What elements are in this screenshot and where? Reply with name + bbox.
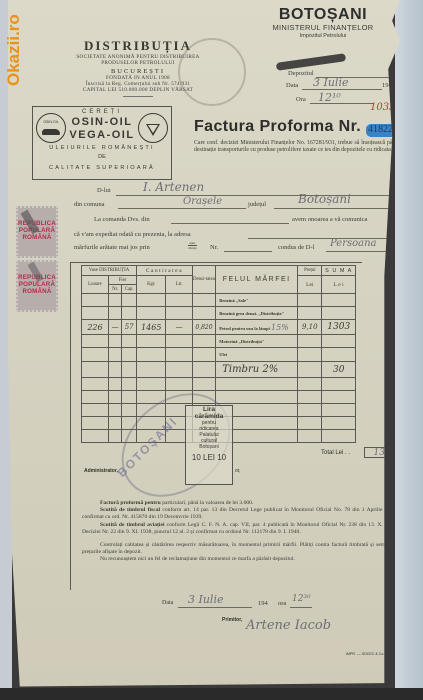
divider: [123, 96, 153, 97]
dlui-label: D-lui: [97, 187, 111, 194]
cell-suma-timbru: 30: [322, 362, 356, 378]
header-cantitatea: Cantitatea: [137, 266, 193, 276]
terms-p3: Scutită de timbrul aviației conform Legi…: [82, 522, 402, 536]
printer-credit: IMPR. — SOCEC & Co. S. A.: [346, 652, 393, 656]
cell-kgr: 1465: [137, 320, 166, 335]
cell-suma: 1303: [322, 320, 356, 335]
ministry-department: Impozitul Petrolului: [253, 33, 393, 39]
header-pretul-unit: Lei: [298, 276, 322, 294]
ad-brand-vega: VEGA-OIL: [33, 129, 171, 141]
ministry-header: BOTOȘANI MINISTERUL FINANȚELOR Impozitul…: [253, 6, 393, 39]
red-number: 1033: [370, 102, 395, 113]
primitor-signature: Artene Iacob: [246, 618, 331, 633]
expediat-text: că v'am expediat odată cu prezenta, la a…: [74, 231, 191, 238]
nr-line: [224, 251, 272, 252]
table-frame-left: [70, 262, 71, 590]
round-cancel-stamp: [178, 38, 246, 106]
ad-line-3: CALITATE SUPERIOARĂ: [33, 165, 171, 171]
depozitul-label: Depozitul: [288, 70, 314, 77]
fraction-bottom: căruța: [188, 246, 197, 250]
fee-line-1: Lira: [186, 406, 232, 413]
prin-fraction: auto căruța: [188, 241, 197, 250]
table-row: Timbru 2% 30: [82, 362, 356, 378]
header-suma-unit: L e i: [322, 276, 356, 294]
table-row: [82, 391, 356, 404]
total-label: Total Lei . .: [321, 450, 350, 456]
ad-line-2: DE: [33, 154, 171, 160]
product-handwritten: 15%: [271, 323, 289, 332]
product-label: Benzină „Sole": [216, 294, 298, 307]
dlui-value: I. Artenen: [143, 180, 204, 194]
table-row: 226 — 57 1465 — 0,820 Petrol pentru uzu …: [82, 320, 356, 335]
table-row: Ulei: [82, 348, 356, 362]
ministry-city: BOTOȘANI: [253, 6, 393, 24]
comuna-value: Orașele: [183, 196, 222, 207]
header-ltr: Ltr.: [166, 276, 192, 294]
table-row: Benzină „Sole": [82, 294, 356, 307]
terms-p5: Nu recunoaștem nici un fel de reclamațiu…: [82, 556, 402, 563]
header-suma: S U M A: [322, 266, 356, 276]
ora-label: Ora: [296, 96, 306, 103]
timbru-handwritten: Timbru 2%: [216, 362, 298, 378]
data-line: [302, 89, 382, 90]
fee-line-7: Botoșani: [186, 444, 232, 450]
invoice-intro: Care conf. deciziei Ministerului Finanțe…: [194, 140, 404, 154]
cell-nr: —: [108, 320, 121, 335]
condus-line: [326, 251, 400, 252]
fee-stamp: Lira cărămida pentru ridicarea Palatului…: [185, 405, 233, 485]
judet-line: [274, 208, 400, 209]
product-label: Motorină „Distribuția": [216, 335, 298, 348]
footer-date-line: [178, 607, 252, 608]
header-vase: Vase DISTRIBUȚIA: [82, 266, 137, 276]
footer-ora-value: 12³⁰: [292, 594, 311, 604]
primitor-label: Primitor,: [222, 617, 242, 623]
revenue-stamp: REPUBLICA POPULARĂ ROMÂNĂ: [16, 206, 58, 258]
header-cap: Cap.: [122, 285, 137, 294]
stamp-line-3: ROMÂNĂ: [18, 234, 56, 241]
gestionar-label: or,: [235, 468, 241, 474]
dlui-line: [116, 195, 400, 196]
oil-advertisement: OSIN-OIL CEREȚI OSIN-OIL VEGA-OIL ULEIUR…: [32, 106, 172, 180]
header-kgr: Kgr.: [137, 276, 166, 294]
ad-brand-osin: OSIN-OIL: [33, 116, 171, 128]
cell-cap: 57: [122, 320, 137, 335]
table-row: [82, 378, 356, 391]
okazii-watermark: Okazii.ro: [4, 4, 26, 86]
product-label: Petrol pentru uzu la lămpi 15%: [216, 320, 298, 335]
stamp-line-3: ROMÂNĂ: [18, 288, 56, 295]
condus-label: condus de D-l: [278, 244, 314, 251]
condus-value: Persoana: [330, 238, 377, 249]
year-prefix: 194: [382, 82, 392, 89]
product-label: Benzină grea denat. „Distribuția": [216, 307, 298, 320]
administrator-label: Administrator,: [84, 468, 118, 474]
comuna-line: [118, 208, 246, 209]
comuna-label: din comuna: [74, 201, 105, 208]
comanda-line: [171, 223, 289, 224]
terms-p1-rest: particulari, până la valoarea de lei 3.0…: [162, 500, 253, 506]
fee-line-2: cărămida: [186, 413, 232, 420]
terms-p2-bold: Scutită de timbrul fiscal: [100, 507, 160, 513]
cell-ltr: —: [166, 320, 192, 335]
terms-p2: Scutită de timbrul fiscal conform art. 1…: [82, 507, 402, 521]
terms-p1-bold: Factură proformă pentru: [100, 500, 161, 506]
invoice-title: Factura Proforma Nr.: [194, 118, 361, 136]
header-lunare: Lunare: [82, 276, 109, 294]
footer-data-label: Data: [162, 600, 173, 606]
footer-data-value: 3 Iulie: [188, 593, 223, 606]
footer-ora-label: ora: [278, 600, 286, 607]
comanda-suffix: avem onoarea a vă comunica: [292, 216, 367, 223]
header-fier: Fier: [108, 276, 136, 285]
background-bottom: [0, 688, 423, 700]
table-row: Motorină „Distribuția": [82, 335, 356, 348]
table-row: Benzină grea denat. „Distribuția": [82, 307, 356, 320]
background-right: [395, 0, 423, 700]
data-label: Data: [286, 82, 298, 89]
footer-ora-line: [290, 607, 312, 608]
comanda-label: La comanda Dvs. din: [94, 216, 150, 223]
terms-p4: Controlați calitatea și cântărirea respe…: [82, 542, 402, 556]
cell-densitatea: 0,820: [192, 320, 215, 335]
header-pretul: Prețul: [298, 266, 322, 276]
terms-p3-bold: Scutită de timbrul aviației: [100, 522, 165, 528]
ink-smudge: [276, 53, 346, 71]
marfuri-text: mărfurile arătate mai jos prin: [74, 244, 150, 251]
footer-year-prefix: 194: [258, 600, 268, 607]
revenue-stamp: REPUBLICA POPULARĂ ROMÂNĂ: [16, 260, 58, 312]
ad-cereti: CEREȚI: [33, 109, 171, 115]
data-value: 3 Iulie: [313, 76, 348, 89]
nr-label: Nr.: [210, 244, 218, 251]
cell-pretul: 9,10: [298, 320, 322, 335]
ora-value: 12¹⁰: [318, 91, 341, 104]
ministry-name: MINISTERUL FINANȚELOR: [253, 23, 393, 32]
judet-label: județul: [248, 201, 266, 208]
terms-block: Factură proformă pentru particulari, pân…: [82, 500, 402, 564]
header-densitatea: Densi-tatea: [192, 266, 215, 294]
table-frame-top: [70, 262, 362, 263]
product-label: Ulei: [216, 348, 298, 362]
header-nr: Nr.: [108, 285, 121, 294]
ad-line-1: ULEIURILE ROMÂNEȘTI: [33, 145, 171, 151]
cell-lunare: 226: [82, 320, 109, 335]
adresa-line: [248, 238, 400, 239]
judet-value: Botoșani: [298, 192, 351, 206]
header-felul-marfei: FELUL MĂRFEI: [216, 266, 298, 294]
fee-value: 10 LEI 10: [186, 453, 232, 462]
invoice-document: DISTRIBUȚIA SOCIETATE ANONIMĂ PENTRU DIS…: [8, 0, 400, 690]
product-name: Petrol pentru uzu la lămpi: [219, 326, 270, 331]
